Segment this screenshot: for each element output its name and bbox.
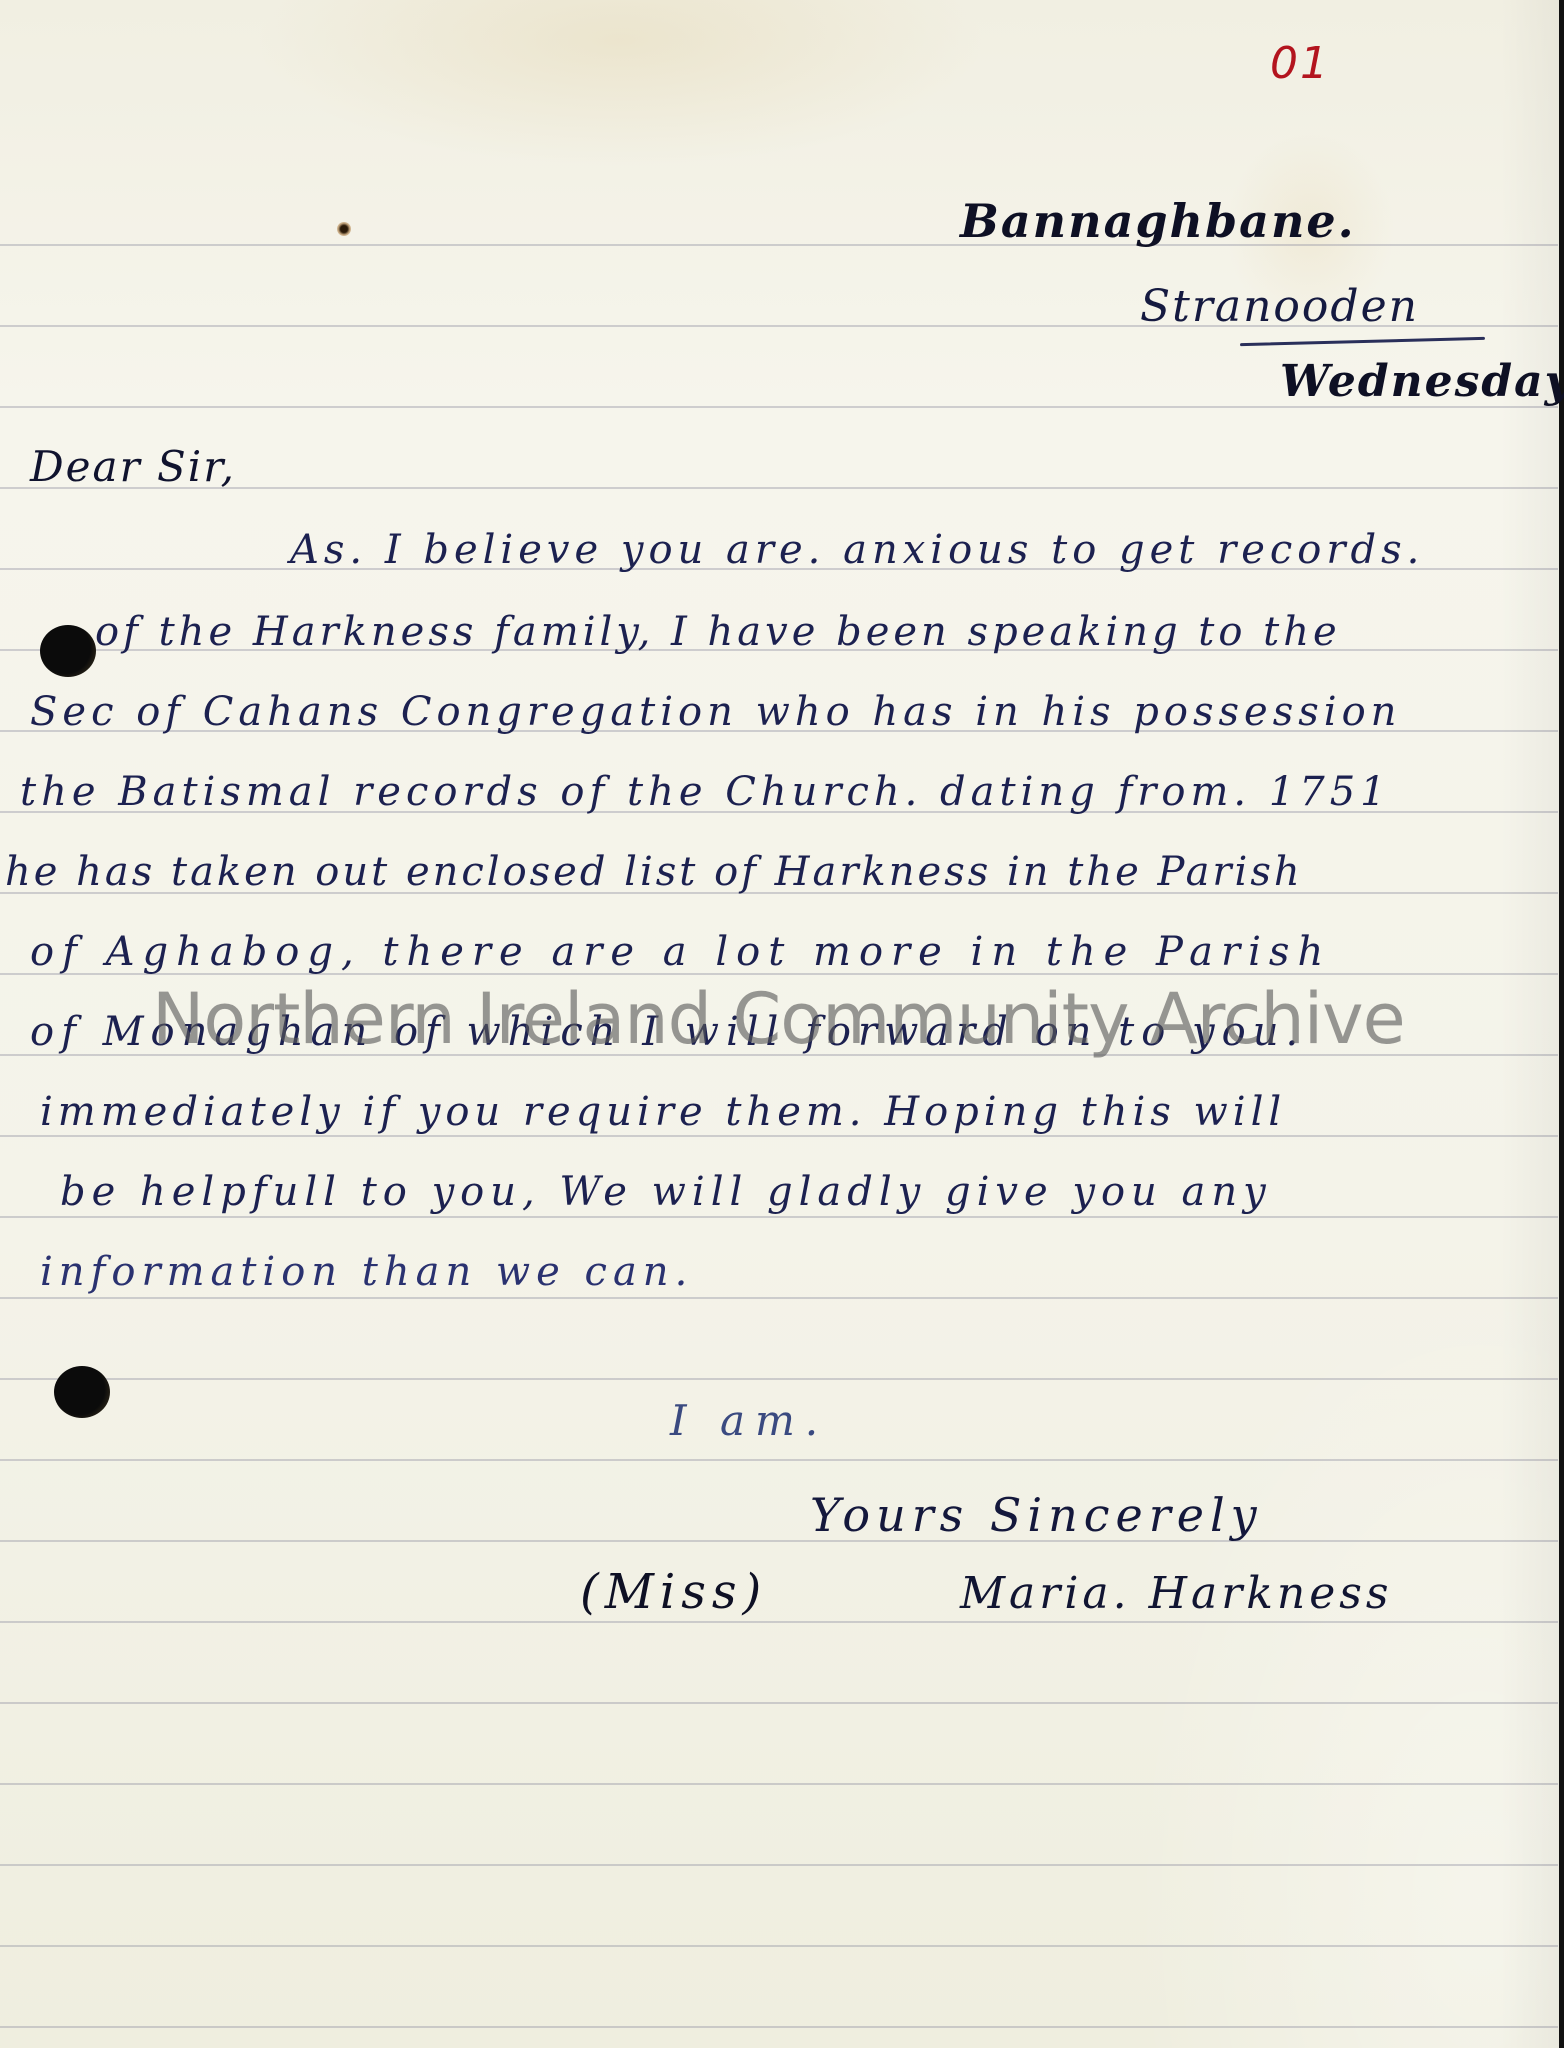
closing-i-am: I am.: [670, 1400, 828, 1442]
page-number: 01: [1270, 38, 1330, 89]
address-line-2: Stranooden: [1140, 285, 1419, 329]
body-line-2: of the Harkness family, I have been spea…: [95, 612, 1341, 652]
address-underline: [1240, 337, 1485, 346]
paper-fold-shadow: [1500, 0, 1560, 2048]
body-line-6: of Aghabog, there are a lot more in the …: [30, 932, 1331, 972]
scan-edge: [1559, 0, 1564, 2048]
closing-yours-sincerely: Yours Sincerely: [810, 1492, 1263, 1538]
body-line-3: Sec of Cahans Congregation who has in hi…: [30, 692, 1401, 732]
salutation: Dear Sir,: [30, 446, 236, 488]
signature: Maria. Harkness: [960, 1572, 1392, 1616]
letter-page: 01 Bannaghbane. Stranooden Wednesday. De…: [0, 0, 1564, 2048]
address-line-1: Bannaghbane.: [960, 198, 1356, 244]
body-line-4: the Batismal records of the Church. dati…: [20, 772, 1391, 812]
body-line-5: he has taken out enclosed list of Harkne…: [5, 852, 1303, 892]
body-line-7: of Monaghan of which I will forward on t…: [30, 1012, 1305, 1052]
letter-day: Wednesday.: [1280, 360, 1564, 404]
body-line-10: information than we can.: [40, 1252, 693, 1292]
body-line-9: be helpfull to you, We will gladly give …: [60, 1172, 1272, 1212]
body-line-8: immediately if you require them. Hoping …: [40, 1092, 1286, 1132]
punch-hole-bottom: [54, 1366, 110, 1418]
body-line-1: As. I believe you are. anxious to get re…: [290, 530, 1424, 570]
signature-title: (Miss): [580, 1568, 767, 1616]
ink-stain: [337, 222, 351, 236]
punch-hole-top: [40, 625, 96, 677]
